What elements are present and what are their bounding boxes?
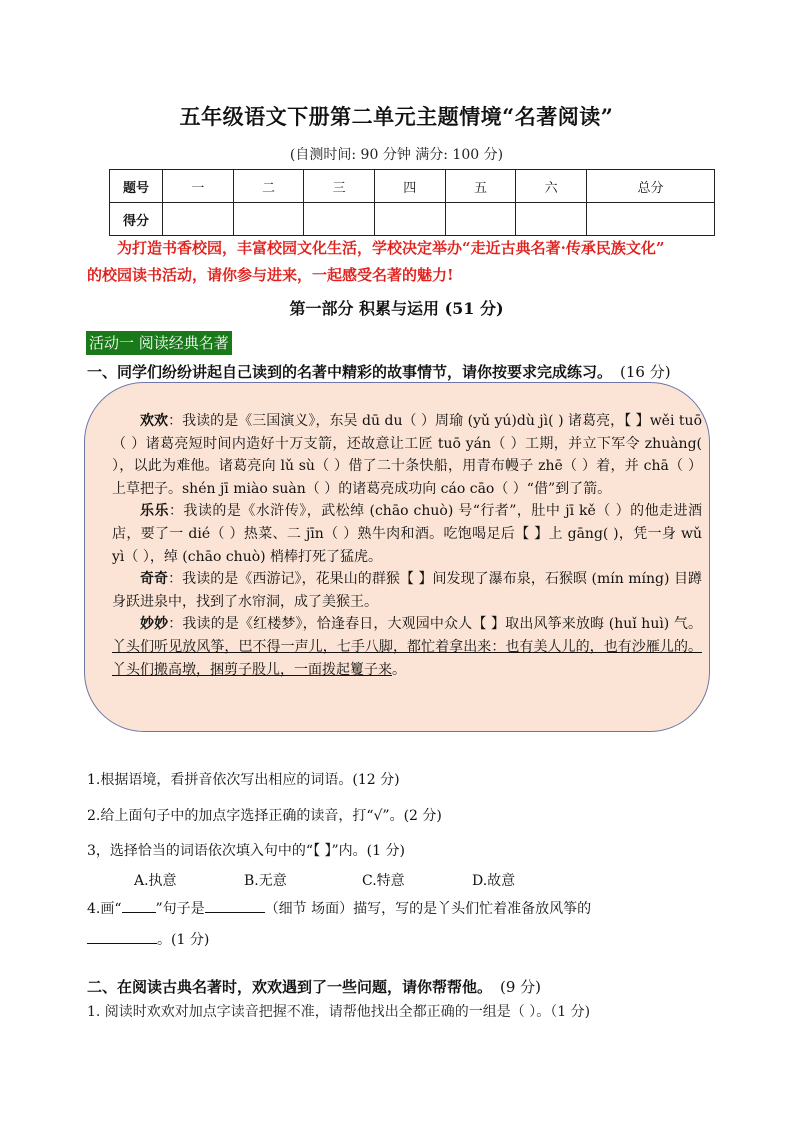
q4-text-4: 。(1 分) xyxy=(157,932,209,948)
speaker-name: 奇奇 xyxy=(140,571,168,587)
q4-blank-2[interactable] xyxy=(205,898,265,913)
score-cell[interactable] xyxy=(304,203,375,236)
options-row: A.执意 B.无意 C.特意 D.故意 xyxy=(134,870,515,890)
story-paragraph: ：我读的是《红楼梦》，恰逢春日，大观园中众人【 】取出风筝来放晦 (huǐ hu… xyxy=(168,616,702,632)
question-two-text: 二、在阅读古典名著时，欢欢遇到了一些问题，请你帮帮他。 xyxy=(87,978,492,996)
exam-time-note: (自测时间: 90 分钟 满分: 100 分) xyxy=(0,144,793,164)
score-cell[interactable] xyxy=(516,203,587,236)
score-cell[interactable] xyxy=(233,203,304,236)
score-cell-total[interactable] xyxy=(586,203,714,236)
score-table-header-row: 题号 一 二 三 四 五 六 总分 xyxy=(110,170,715,203)
subquestion-2: 2.给上面句子中的加点字选择正确的读音，打“√”。(2 分) xyxy=(87,805,442,825)
subquestion-3: 3，选择恰当的词语依次填入句中的“【 】”内。(1 分) xyxy=(87,840,405,860)
page-title: 五年级语文下册第二单元主题情境“名著阅读” xyxy=(0,101,793,131)
row-header-question-no: 题号 xyxy=(110,170,163,203)
story-paragraph: ：我读的是《西游记》，花果山的群猴【 】间发现了瀑布泉，石猴暝 (mín mín… xyxy=(112,571,702,610)
column-header: 四 xyxy=(374,170,445,203)
intro-line-1: 为打造书香校园，丰富校园文化生活，学校决定举办“走近古典名著·传承民族文化” xyxy=(87,235,712,262)
intro-paragraph: 为打造书香校园，丰富校园文化生活，学校决定举办“走近古典名著·传承民族文化” 的… xyxy=(87,235,712,289)
question-one-score: (16 分) xyxy=(620,363,671,381)
question-two-heading: 二、在阅读古典名著时，欢欢遇到了一些问题，请你帮帮他。(9 分) xyxy=(87,976,541,997)
q4-text-3: （细节 场面）描写，写的是丫头们忙着准备放风筝的 xyxy=(265,901,591,917)
intro-line-2: 的校园读书活动，请你参与进来，一起感受名著的魅力! xyxy=(87,262,712,289)
column-header: 三 xyxy=(304,170,375,203)
column-header-total: 总分 xyxy=(586,170,714,203)
score-cell[interactable] xyxy=(163,203,234,236)
column-header: 五 xyxy=(445,170,516,203)
subquestion-4: 4.画“”句子是（细节 场面）描写，写的是丫头们忙着准备放风筝的 xyxy=(87,898,591,918)
subquestion-4-cont: 。(1 分) xyxy=(87,929,209,949)
underlined-sentence: 丫头们听见放风筝，巴不得一声儿，七手八脚，都忙着拿出来：也有美人儿的，也有沙雁儿… xyxy=(112,639,702,678)
option-d[interactable]: D.故意 xyxy=(472,870,515,890)
score-cell[interactable] xyxy=(374,203,445,236)
activity-one-label: 活动一 阅读经典名著 xyxy=(86,331,232,355)
q4-text-2: ”句子是 xyxy=(156,901,205,917)
column-header: 一 xyxy=(163,170,234,203)
part-one-title: 第一部分 积累与运用 (51 分) xyxy=(0,296,793,319)
q4-text-1: 4.画“ xyxy=(87,901,122,917)
question-one-heading: 一、同学们纷纷讲起自己读到的名著中精彩的故事情节，请你按要求完成练习。(16 分… xyxy=(87,361,671,382)
story-paragraph-end: 。 xyxy=(392,662,406,678)
score-cell[interactable] xyxy=(445,203,516,236)
subquestion-1: 1.根据语境，看拼音依次写出相应的词语。(12 分) xyxy=(87,769,400,789)
column-header: 二 xyxy=(233,170,304,203)
score-table: 题号 一 二 三 四 五 六 总分 得分 xyxy=(109,169,715,236)
score-table-score-row: 得分 xyxy=(110,203,715,236)
q4-blank-3[interactable] xyxy=(87,929,157,944)
speaker-name: 欢欢 xyxy=(140,413,168,429)
story-paragraph: ：我读的是《三国演义》，东吴 dū du（ ）周瑜 (yǔ yú)dù jì( … xyxy=(112,413,702,497)
option-c[interactable]: C.特意 xyxy=(362,870,472,890)
story-huanhuan: 欢欢：我读的是《三国演义》，东吴 dū du（ ）周瑜 (yǔ yú)dù jì… xyxy=(112,410,702,500)
question-one-text: 一、同学们纷纷讲起自己读到的名著中精彩的故事情节，请你按要求完成练习。 xyxy=(87,363,612,381)
story-miaomiao: 妙妙：我读的是《红楼梦》，恰逢春日，大观园中众人【 】取出风筝来放晦 (huǐ … xyxy=(112,613,702,681)
story-paragraph: ：我读的是《水浒传》，武松绰 (chāo chuò) 号“行者”，肚中 jī k… xyxy=(112,503,702,564)
option-a[interactable]: A.执意 xyxy=(134,870,244,890)
story-qiqi: 奇奇：我读的是《西游记》，花果山的群猴【 】间发现了瀑布泉，石猴暝 (mín m… xyxy=(112,568,702,613)
row-header-score: 得分 xyxy=(110,203,163,236)
question-two-score: (9 分) xyxy=(500,978,541,996)
option-b[interactable]: B.无意 xyxy=(244,870,362,890)
story-lele: 乐乐：我读的是《水浒传》，武松绰 (chāo chuò) 号“行者”，肚中 jī… xyxy=(112,500,702,568)
story-text: 欢欢：我读的是《三国演义》，东吴 dū du（ ）周瑜 (yǔ yú)dù jì… xyxy=(112,410,702,681)
speaker-name: 妙妙 xyxy=(140,616,168,632)
q4-blank-1[interactable] xyxy=(122,898,156,913)
column-header: 六 xyxy=(516,170,587,203)
speaker-name: 乐乐 xyxy=(140,503,169,519)
question-two-sub-1: 1. 阅读时欢欢对加点字读音把握不准，请帮他找出全都正确的一组是（ ）。（1 分… xyxy=(87,1001,590,1021)
